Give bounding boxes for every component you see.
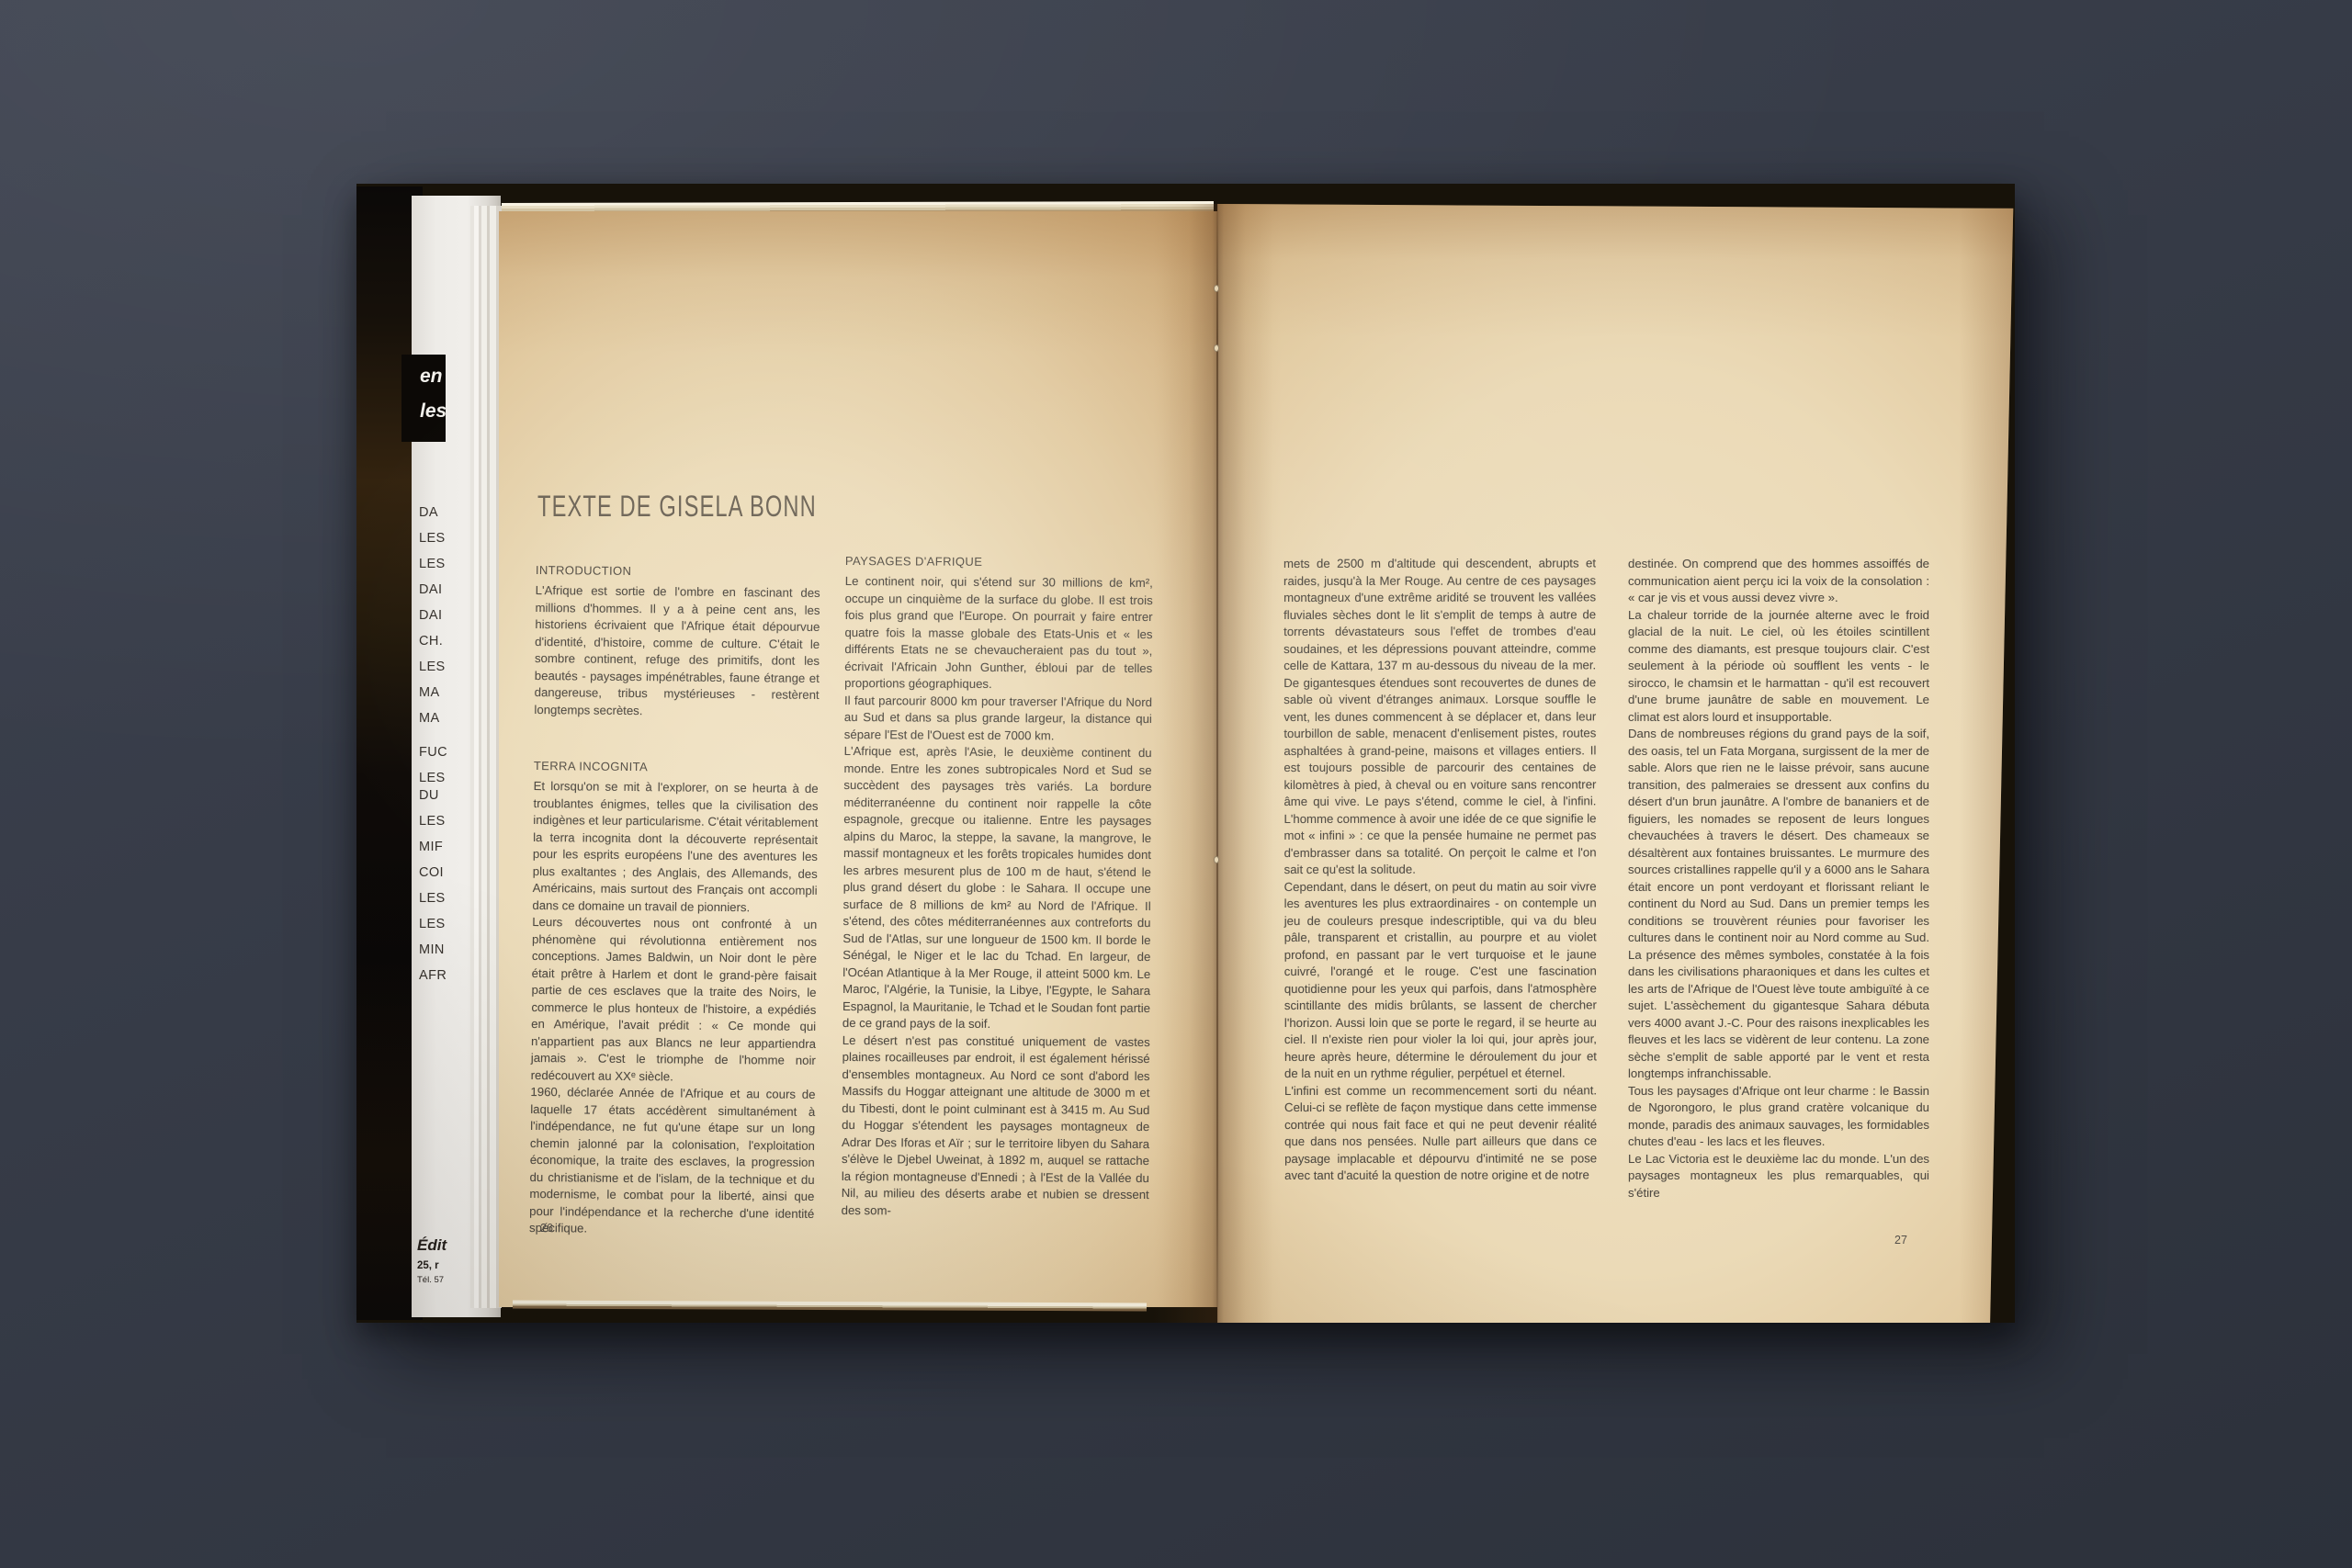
flap-band-line: les [420,400,446,423]
paragraph: L'Afrique est, après l'Asie, le deuxième… [842,743,1152,1034]
paragraph: La chaleur torride de la journée alterne… [1628,607,1929,727]
toc-abbrev: LES [419,531,472,547]
page-number-27: 27 [1894,1234,1907,1247]
toc-abbrev: MIF [419,840,472,856]
toc-abbrev: AFR [419,968,472,985]
paragraph: Cependant, dans le désert, on peut du ma… [1284,878,1597,1083]
toc-abbrev: DU [419,788,472,805]
left-page: TEXTE DE GISELA BONN INTRODUCTION L'Afri… [499,211,1219,1307]
paragraph: Et lorsqu'on se mit à l'explorer, on se … [532,778,818,917]
section-heading-introduction: INTRODUCTION [536,563,820,580]
right-page-column-2: destinée. On comprend que des hommes ass… [1628,556,1929,1201]
toc-abbrev: LES [419,814,472,830]
flap-band-line: en [420,366,443,388]
publisher-phone: Tél. 57 [417,1275,472,1285]
toc-abbrev: MA [419,711,472,728]
toc-abbrev: MIN [419,942,472,959]
section-heading-terra-incognita: TERRA INCOGNITA [534,759,819,775]
toc-abbrev: COI [419,865,472,882]
publisher-info: Édit 25, r Tél. 57 [417,1236,472,1285]
toc-abbrev: DAI [419,608,472,625]
toc-abbrev: DAI [419,582,472,599]
right-page-column-1: mets de 2500 m d'altitude qui descendent… [1283,555,1597,1184]
paragraph: Dans de nombreuses régions du grand pays… [1628,726,1929,1083]
left-page-column-1: INTRODUCTION L'Afrique est sortie de l'o… [529,563,820,1239]
paragraph: L'infini est comme un recommencement sor… [1284,1082,1597,1185]
left-page-column-2: PAYSAGES D'AFRIQUE Le continent noir, qu… [842,554,1153,1221]
page-number-26: 26 [540,1222,553,1235]
paragraph: 1960, déclarée Année de l'Afrique et au … [529,1084,816,1239]
publisher-address: 25, r [417,1260,472,1271]
open-book: en les DA LES LES DAI DAI CH. LES MA MA … [356,184,2015,1323]
toc-abbrev: DA [419,505,472,522]
toc-abbrev: MA [419,685,472,702]
publisher-name: Édit [417,1236,472,1255]
paragraph: Le Lac Victoria est le deuxième lac du m… [1628,1151,1929,1202]
paragraph: Le continent noir, qui s'étend sur 30 mi… [844,573,1153,694]
page-bottom-edge [513,1300,1147,1311]
toc-abbrev: LES [419,917,472,933]
toc-abbrev: LES [419,771,472,787]
paragraph: Il faut parcourir 8000 km pour traverser… [844,692,1152,745]
toc-abbrev: CH. [419,634,472,650]
paragraph: Le désert n'est pas constitué uniquement… [842,1032,1150,1221]
page-title: TEXTE DE GISELA BONN [537,490,817,524]
paragraph: Tous les paysages d'Afrique ont leur cha… [1628,1083,1929,1151]
paragraph: L'Afrique est sortie de l'ombre en fasci… [534,582,820,721]
page-fore-edge-stack [470,206,502,1308]
paragraph: Leurs découvertes nous ont confronté à u… [531,914,818,1087]
toc-abbrev: LES [419,557,472,573]
paragraph: destinée. On comprend que des hommes ass… [1628,556,1929,607]
paragraph: mets de 2500 m d'altitude qui descendent… [1283,555,1597,878]
toc-abbrev: LES [419,660,472,676]
toc-abbrev: FUC [419,745,472,761]
right-page: mets de 2500 m d'altitude qui descendent… [1217,204,2015,1323]
section-heading-paysages: PAYSAGES D'AFRIQUE [845,554,1153,570]
toc-abbrev: LES [419,891,472,908]
flap-contents-list: DA LES LES DAI DAI CH. LES MA MA FUC LES… [419,505,472,1190]
flap-title-band: en les [401,355,446,442]
